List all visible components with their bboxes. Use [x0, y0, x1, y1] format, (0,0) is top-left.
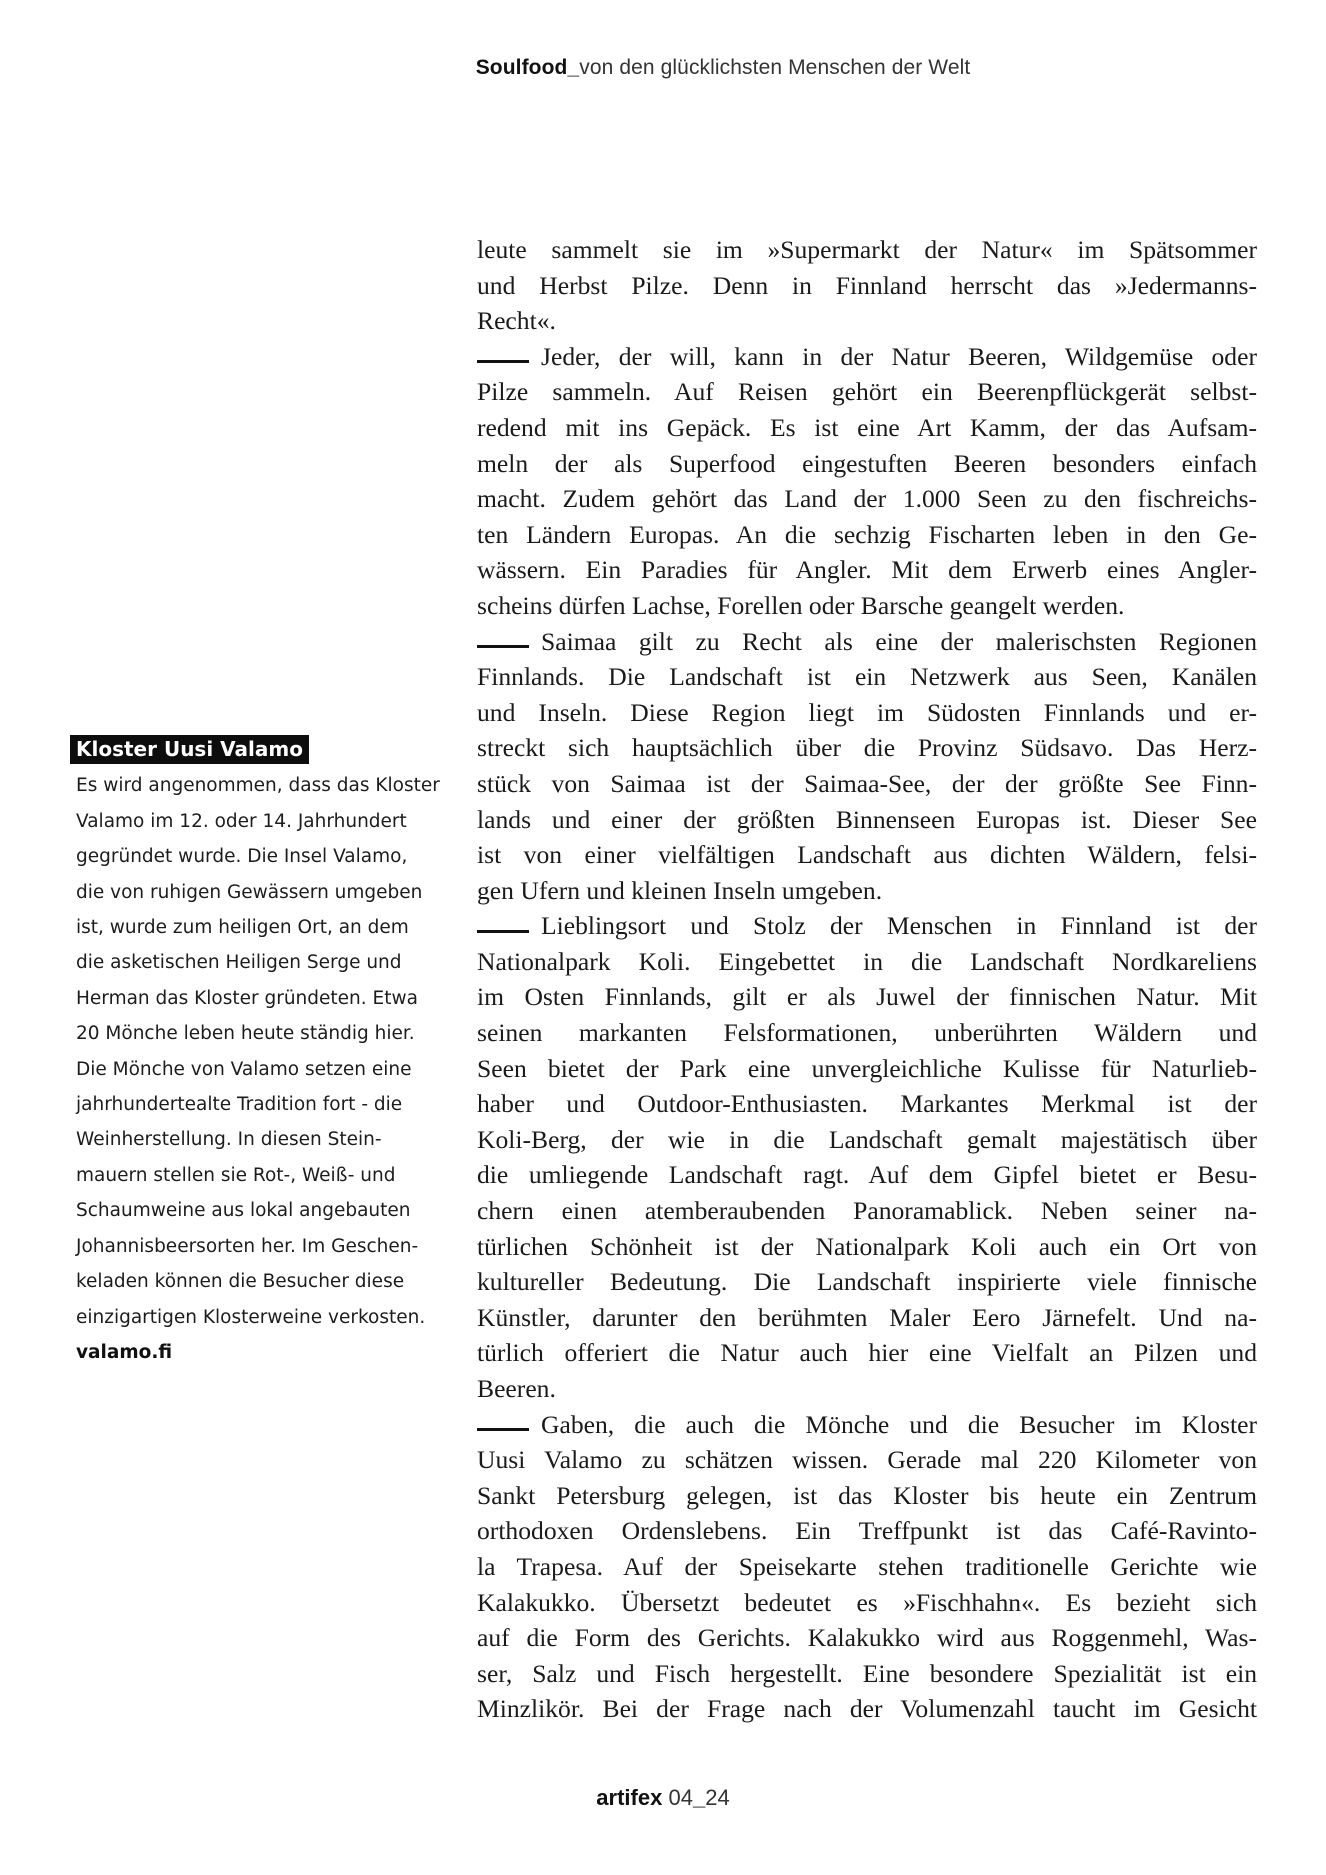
info-box-line: ist, wurde zum heiligen Ort, an dem	[70, 910, 460, 945]
info-box-line: Valamo im 12. oder 14. Jahrhundert	[70, 804, 460, 839]
text-line: Koli-Berg, der wie in die Landschaft gem…	[477, 1122, 1257, 1158]
section-subtitle: von den glücklichsten Menschen der Welt	[579, 56, 970, 79]
text-line: Lieblingsort und Stolz der Menschen in F…	[477, 908, 1257, 944]
info-box-line: Herman das Kloster gründeten. Etwa	[70, 981, 460, 1016]
running-header: Soulfood_von den glücklichsten Menschen …	[0, 56, 1326, 80]
text-line: und Herbst Pilze. Denn in Finnland herrs…	[477, 268, 1257, 304]
website-link[interactable]: valamo.fi	[70, 1335, 460, 1370]
info-box-line: mauern stellen sie Rot-, Weiß- und	[70, 1158, 460, 1193]
text-line: Sankt Petersburg gelegen, ist das Kloste…	[477, 1478, 1257, 1514]
text-line: Saimaa gilt zu Recht als eine der maleri…	[477, 624, 1257, 660]
text-line: seinen markanten Felsformationen, unberü…	[477, 1015, 1257, 1051]
info-box-line: jahrhundertealte Tradition fort - die	[70, 1087, 460, 1122]
text-line: Seen bietet der Park eine unvergleichlic…	[477, 1051, 1257, 1087]
info-box-line: gegründet wurde. Die Insel Valamo,	[70, 839, 460, 874]
text-line: ist von einer vielfältigen Landschaft au…	[477, 837, 1257, 873]
info-box: Kloster Uusi Valamo Es wird angenommen, …	[70, 733, 460, 1370]
info-box-line: keladen können die Besucher diese	[70, 1264, 460, 1299]
text-line: Pilze sammeln. Auf Reisen gehört ein Bee…	[477, 374, 1257, 410]
text-line: Finnlands. Die Landschaft ist ein Netzwe…	[477, 659, 1257, 695]
section-separator: _	[567, 56, 579, 79]
info-box-line: Weinherstellung. In diesen Stein-	[70, 1122, 460, 1157]
article-paragraph: Saimaa gilt zu Recht als eine der maleri…	[477, 624, 1257, 909]
text-line: wässern. Ein Paradies für Angler. Mit de…	[477, 552, 1257, 588]
article-paragraph: leute sammelt sie im »Supermarkt der Nat…	[477, 232, 1257, 339]
text-line: stück von Saimaa ist der Saimaa-See, der…	[477, 766, 1257, 802]
text-line-content: Jeder, der will, kann in der Natur Beere…	[541, 342, 1257, 371]
article-paragraph: Gaben, die auch die Mönche und die Besuc…	[477, 1407, 1257, 1727]
paragraph-dash-icon	[477, 1428, 529, 1431]
text-line: Uusi Valamo zu schätzen wissen. Gerade m…	[477, 1442, 1257, 1478]
paragraph-dash-icon	[477, 360, 529, 363]
text-line: gen Ufern und kleinen Inseln umgeben.	[477, 873, 1257, 909]
article-body: leute sammelt sie im »Supermarkt der Nat…	[477, 232, 1257, 1727]
info-box-line: die von ruhigen Gewässern umgeben	[70, 875, 460, 910]
magazine-name: artifex	[596, 1785, 662, 1810]
text-line: Kalakukko. Übersetzt bedeutet es »Fischh…	[477, 1585, 1257, 1621]
info-box-title: Kloster Uusi Valamo	[70, 735, 309, 764]
info-box-line: Schaumweine aus lokal angebauten	[70, 1193, 460, 1228]
text-line: kultureller Bedeutung. Die Landschaft in…	[477, 1264, 1257, 1300]
text-line: türlich offeriert die Natur auch hier ei…	[477, 1335, 1257, 1371]
text-line: lands und einer der größten Binnenseen E…	[477, 802, 1257, 838]
text-line: ten Ländern Europas. An die sechzig Fisc…	[477, 517, 1257, 553]
issue-separator: _	[693, 1785, 705, 1810]
text-line: Beeren.	[477, 1371, 1257, 1407]
info-box-line: Die Mönche von Valamo setzen eine	[70, 1052, 460, 1087]
text-line: im Osten Finnlands, gilt er als Juwel de…	[477, 979, 1257, 1015]
text-line-content: Saimaa gilt zu Recht als eine der maleri…	[541, 627, 1257, 656]
text-line: die umliegende Landschaft ragt. Auf dem …	[477, 1157, 1257, 1193]
text-line: Nationalpark Koli. Eingebettet in die La…	[477, 944, 1257, 980]
text-line: macht. Zudem gehört das Land der 1.000 S…	[477, 481, 1257, 517]
info-box-line: Johannisbeersorten her. Im Geschen-	[70, 1229, 460, 1264]
article-paragraph: Jeder, der will, kann in der Natur Beere…	[477, 339, 1257, 624]
paragraph-dash-icon	[477, 930, 529, 933]
issue-year: 24	[705, 1785, 729, 1810]
text-line: Jeder, der will, kann in der Natur Beere…	[477, 339, 1257, 375]
info-box-line: die asketischen Heiligen Serge und	[70, 945, 460, 980]
page-folio: artifex 04_24	[0, 1785, 1326, 1811]
text-line: Gaben, die auch die Mönche und die Besuc…	[477, 1407, 1257, 1443]
article-paragraph: Lieblingsort und Stolz der Menschen in F…	[477, 908, 1257, 1406]
text-line: streckt sich hauptsächlich über die Prov…	[477, 730, 1257, 766]
text-line-content: Gaben, die auch die Mönche und die Besuc…	[541, 1410, 1257, 1439]
text-line: haber und Outdoor-Enthusiasten. Markante…	[477, 1086, 1257, 1122]
issue-month: 04	[668, 1785, 692, 1810]
text-line: chern einen atemberaubenden Panoramablic…	[477, 1193, 1257, 1229]
text-line: ser, Salz und Fisch hergestellt. Eine be…	[477, 1656, 1257, 1692]
text-line: Künstler, darunter den berühmten Maler E…	[477, 1300, 1257, 1336]
info-box-line: einzigartigen Klosterweine verkosten.	[70, 1300, 460, 1335]
info-box-line: Es wird angenommen, dass das Kloster	[70, 768, 460, 803]
info-box-line: 20 Mönche leben heute ständig hier.	[70, 1016, 460, 1051]
text-line: redend mit ins Gepäck. Es ist eine Art K…	[477, 410, 1257, 446]
text-line: orthodoxen Ordenslebens. Ein Treffpunkt …	[477, 1513, 1257, 1549]
info-box-body: Es wird angenommen, dass das Kloster Val…	[70, 768, 460, 1335]
text-line: scheins dürfen Lachse, Forellen oder Bar…	[477, 588, 1257, 624]
paragraph-dash-icon	[477, 645, 529, 648]
text-line-content: Lieblingsort und Stolz der Menschen in F…	[541, 911, 1257, 940]
text-line: auf die Form des Gerichts. Kalakukko wir…	[477, 1620, 1257, 1656]
text-line: meln der als Superfood eingestuften Beer…	[477, 446, 1257, 482]
text-line: Minzlikör. Bei der Frage nach der Volume…	[477, 1691, 1257, 1727]
text-line: leute sammelt sie im »Supermarkt der Nat…	[477, 232, 1257, 268]
section-brand: Soulfood	[476, 56, 568, 79]
text-line: und Inseln. Diese Region liegt im Südost…	[477, 695, 1257, 731]
text-line: Recht«.	[477, 303, 1257, 339]
text-line: la Trapesa. Auf der Speisekarte stehen t…	[477, 1549, 1257, 1585]
text-line: türlichen Schönheit ist der Nationalpark…	[477, 1229, 1257, 1265]
